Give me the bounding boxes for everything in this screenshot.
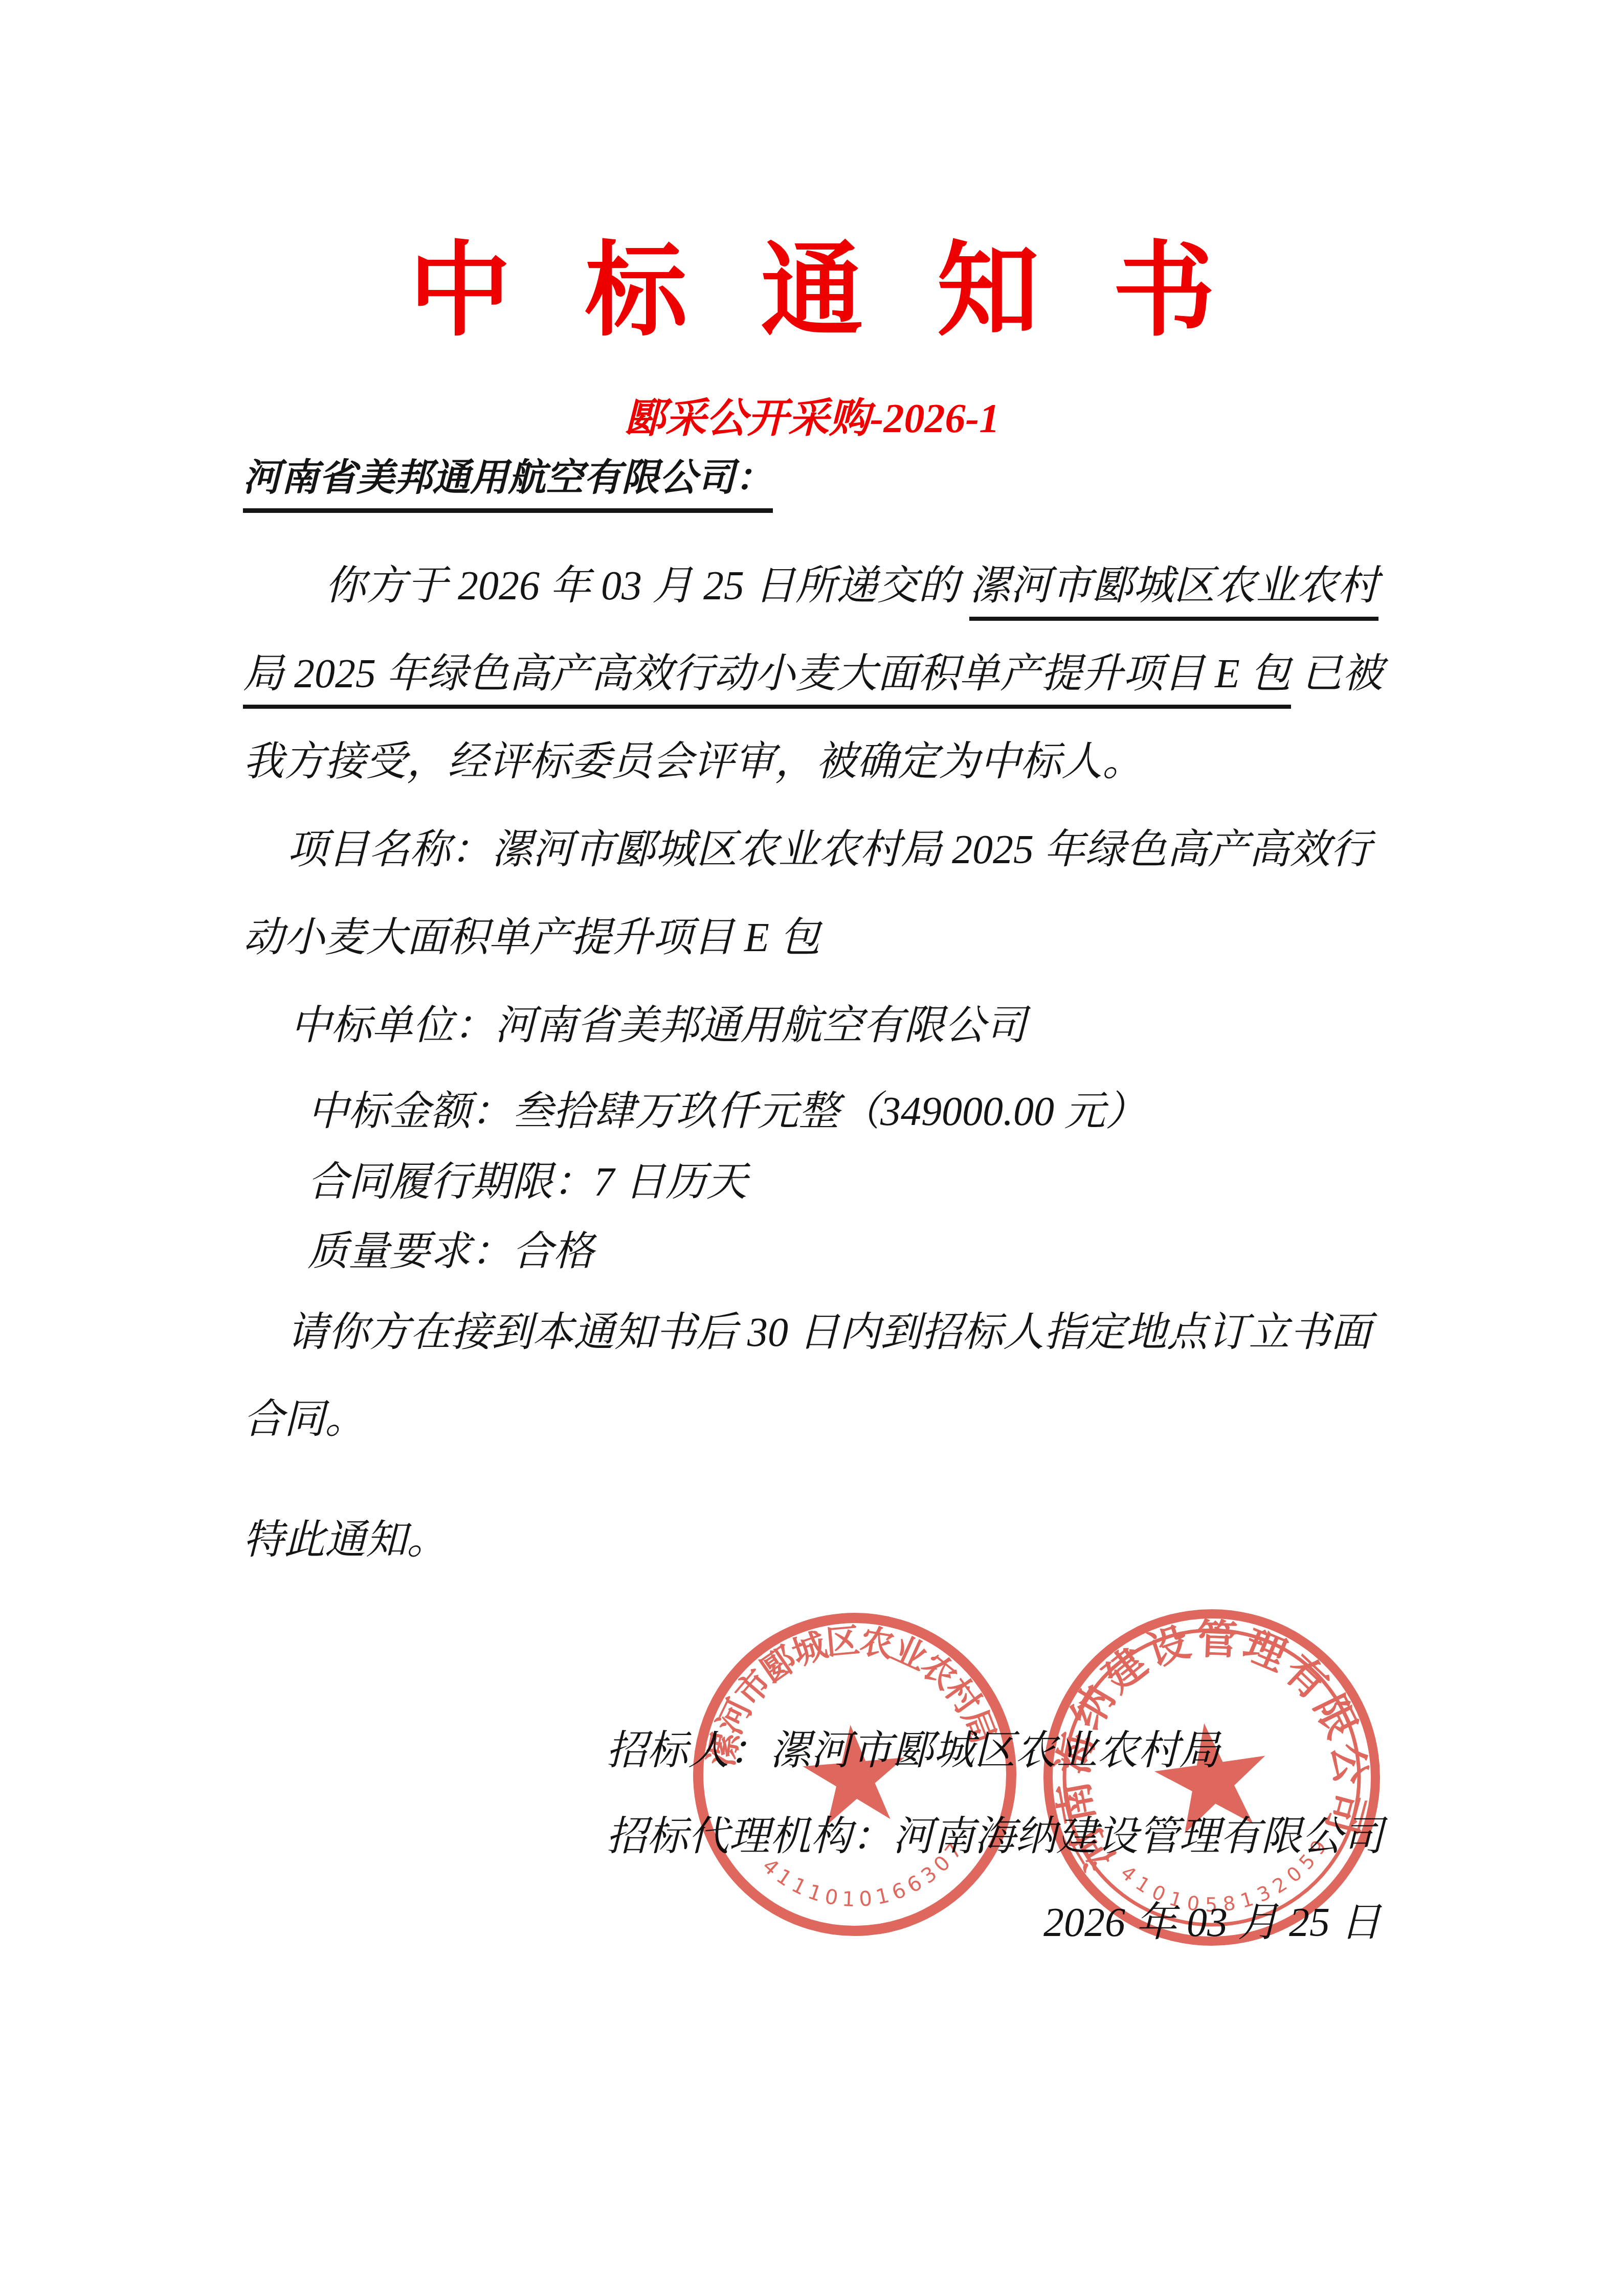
winner-line: 中标单位：河南省美邦通用航空有限公司 <box>243 1002 1027 1049</box>
page-title: 中标通知书 <box>0 209 1624 355</box>
doc-number: 郾采公开采购-2026-1 <box>0 385 1624 444</box>
underlined-text: 局 2025 年绿色高产高效行动小麦大面积单产提升项目 E 包 <box>243 651 1291 709</box>
underlined-text: 漯河市郾城区农业农村 <box>969 564 1378 621</box>
award-notice-document: 中标通知书 郾采公开采购-2026-1 河南省美邦通用航空有限公司： 你方于 2… <box>0 0 1624 2296</box>
request-line: 请你方在接到本通知书后 30 日内到招标人指定地点订立书面 <box>243 1309 1371 1356</box>
text-run: 我方接受，经评标委员会评审，被确定为中标人。 <box>243 739 1143 784</box>
salutation-text: 河南省美邦通用航空有限公司： <box>243 457 773 513</box>
paragraph-line: 你方于 2026 年 03 月 25 日所递交的 漯河市郾城区农业农村 <box>243 562 1378 610</box>
salutation-line: 河南省美邦通用航空有限公司： <box>243 457 773 500</box>
agency-official-seal: 河南海纳建设管理有限公司 4101058132059 <box>1015 1581 1408 1974</box>
request-line: 合同。 <box>243 1396 366 1443</box>
duration-line: 合同履行期限：7 日历天 <box>243 1159 747 1206</box>
project-name-line: 项目名称：漯河市郾城区农业农村局 2025 年绿色高产高效行 <box>243 826 1371 873</box>
project-name-line: 动小麦大面积单产提升项目 E 包 <box>243 914 820 961</box>
paragraph-line: 我方接受，经评标委员会评审，被确定为中标人。 <box>243 738 1143 785</box>
closing-line: 特此通知。 <box>243 1517 448 1564</box>
star-icon <box>1149 1716 1275 1836</box>
text-run: 已被 <box>1291 651 1383 696</box>
star-icon <box>799 1721 910 1827</box>
paragraph-line: 局 2025 年绿色高产高效行动小麦大面积单产提升项目 E 包 已被 <box>243 650 1383 697</box>
quality-line: 质量要求：合格 <box>243 1228 594 1275</box>
tenderer-official-seal: 漯河市郾城区农业农村局 4111010166307 <box>672 1591 1037 1957</box>
text-run: 你方于 2026 年 03 月 25 日所递交的 <box>325 564 969 609</box>
amount-line: 中标金额：叁拾肆万玖仟元整（349000.00 元） <box>243 1088 1146 1135</box>
